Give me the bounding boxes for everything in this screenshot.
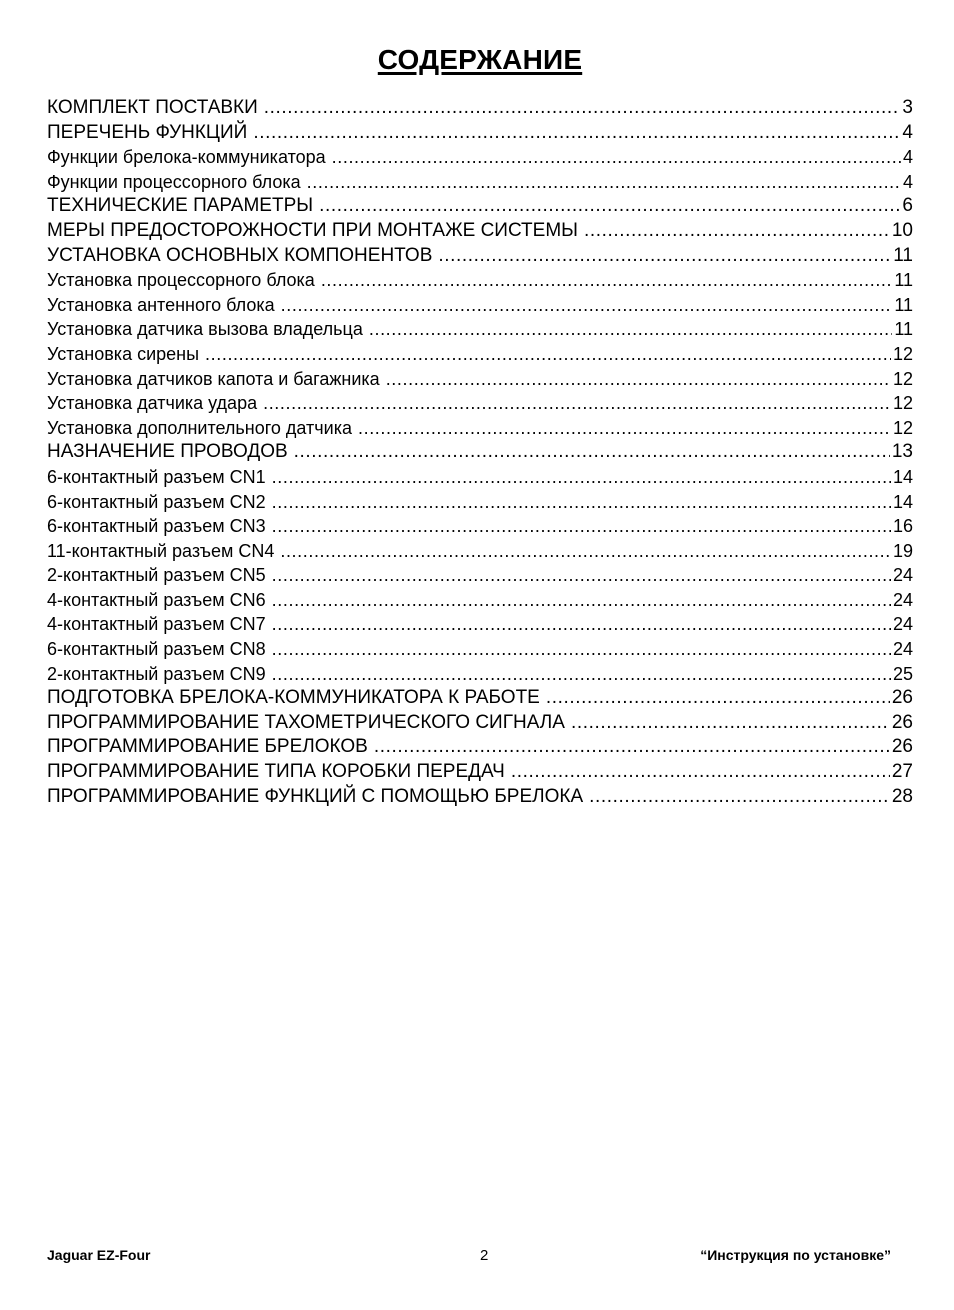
toc-dot-leader [264, 96, 901, 121]
toc-entry-label: НАЗНАЧЕНИЕ ПРОВОДОВ [47, 440, 294, 465]
toc-entry-label: ТЕХНИЧЕСКИЕ ПАРАМЕТРЫ [47, 194, 319, 219]
toc-dot-leader [358, 416, 891, 441]
toc-entry-label: ПРОГРАММИРОВАНИЕ БРЕЛОКОВ [47, 735, 374, 760]
toc-entry[interactable]: ПОДГОТОВКА БРЕЛОКА-КОММУНИКАТОРА К РАБОТ… [47, 686, 913, 711]
toc-entry-label: Установка датчика удара [47, 391, 263, 416]
toc-entry-page: 13 [890, 440, 913, 465]
toc-entry-page: 11 [892, 268, 913, 293]
toc-dot-leader [272, 612, 891, 637]
toc-entry-label: 4-контактный разъем CN6 [47, 588, 272, 613]
toc-entry-label: ПОДГОТОВКА БРЕЛОКА-КОММУНИКАТОРА К РАБОТ… [47, 686, 546, 711]
toc-entry-label: Установка датчиков капота и багажника [47, 367, 386, 392]
toc-entry-label: 6-контактный разъем CN2 [47, 490, 272, 515]
toc-entry-label: 6-контактный разъем CN1 [47, 465, 272, 490]
toc-entry[interactable]: Функции процессорного блока4 [47, 170, 913, 195]
toc-entry-label: ПЕРЕЧЕНЬ ФУНКЦИЙ [47, 121, 253, 146]
footer-page-number: 2 [480, 1247, 488, 1264]
toc-entry[interactable]: 4-контактный разъем CN724 [47, 612, 913, 637]
toc-dot-leader [319, 194, 900, 219]
toc-dot-leader [272, 637, 891, 662]
toc-entry[interactable]: Установка датчика удара 12 [47, 391, 913, 416]
toc-dot-leader [205, 342, 891, 367]
toc-entry[interactable]: ПРОГРАММИРОВАНИЕ ТИПА КОРОБКИ ПЕРЕДАЧ27 [47, 760, 913, 785]
toc-entry-page: 4 [901, 145, 913, 170]
toc-entry-page: 27 [890, 760, 913, 785]
toc-entry-label: 4-контактный разъем CN7 [47, 612, 272, 637]
toc-entry-page: 24 [891, 637, 913, 662]
toc-entry-label: Функции брелока-коммуникатора [47, 145, 332, 170]
toc-entry-label: 2-контактный разъем CN9 [47, 662, 272, 687]
toc-entry-page: 24 [891, 563, 913, 588]
toc-dot-leader [369, 317, 892, 342]
toc-entry[interactable]: ПРОГРАММИРОВАНИЕ ТАХОМЕТРИЧЕСКОГО СИГНАЛ… [47, 711, 913, 736]
toc-entry-label: 2-контактный разъем CN5 [47, 563, 272, 588]
toc-dot-leader [280, 539, 891, 564]
toc-entry-page: 11 [892, 293, 913, 318]
toc-entry[interactable]: ПРОГРАММИРОВАНИЕ БРЕЛОКОВ 26 [47, 735, 913, 760]
toc-dot-leader [281, 293, 893, 318]
toc-dot-leader [386, 367, 891, 392]
toc-entry-page: 28 [890, 785, 913, 810]
toc-entry-page: 24 [891, 612, 913, 637]
toc-dot-leader [332, 145, 901, 170]
toc-entry-page: 12 [891, 391, 913, 416]
toc-entry[interactable]: ТЕХНИЧЕСКИЕ ПАРАМЕТРЫ6 [47, 194, 913, 219]
toc-entry[interactable]: 6-контактный разъем CN214 [47, 490, 913, 515]
toc-entry-label: 6-контактный разъем CN8 [47, 637, 272, 662]
toc-entry-page: 12 [891, 367, 913, 392]
toc-entry[interactable]: 11-контактный разъем CN419 [47, 539, 913, 564]
toc-dot-leader [263, 391, 891, 416]
toc-entry[interactable]: Установка дополнительного датчика 12 [47, 416, 913, 441]
toc-entry[interactable]: ПРОГРАММИРОВАНИЕ ФУНКЦИЙ С ПОМОЩЬЮ БРЕЛО… [47, 785, 913, 810]
toc-dot-leader [272, 662, 891, 687]
toc-entry-label: МЕРЫ ПРЕДОСТОРОЖНОСТИ ПРИ МОНТАЖЕ СИСТЕМ… [47, 219, 584, 244]
toc-entry[interactable]: Установка антенного блока11 [47, 293, 913, 318]
toc-entry-page: 11 [891, 244, 913, 269]
toc-dot-leader [294, 440, 890, 465]
toc-entry-page: 25 [891, 662, 913, 687]
toc-entry-label: КОМПЛЕКТ ПОСТАВКИ [47, 96, 264, 121]
toc-entry-label: Установка сирены [47, 342, 205, 367]
toc-entry-page: 14 [891, 465, 913, 490]
page-title: СОДЕРЖАНИЕ [0, 44, 954, 76]
toc-entry[interactable]: КОМПЛЕКТ ПОСТАВКИ 3 [47, 96, 913, 121]
toc-entry[interactable]: Функции брелока-коммуникатора4 [47, 145, 913, 170]
toc-entry-page: 3 [900, 96, 913, 121]
toc-entry-label: УСТАНОВКА ОСНОВНЫХ КОМПОНЕНТОВ [47, 244, 438, 269]
toc-entry[interactable]: 2-контактный разъем CN524 [47, 563, 913, 588]
toc-dot-leader [511, 760, 890, 785]
toc-dot-leader [272, 563, 891, 588]
toc-entry[interactable]: НАЗНАЧЕНИЕ ПРОВОДОВ 13 [47, 440, 913, 465]
toc-entry-page: 11 [892, 317, 913, 342]
toc-entry-page: 6 [900, 194, 913, 219]
toc-dot-leader [307, 170, 901, 195]
toc-entry-page: 24 [891, 588, 913, 613]
toc-entry[interactable]: 6-контактный разъем CN114 [47, 465, 913, 490]
toc-dot-leader [374, 735, 890, 760]
toc-entry[interactable]: Установка сирены 12 [47, 342, 913, 367]
toc-entry-page: 12 [891, 416, 913, 441]
footer-document-title: “Инструкция по установке” [700, 1247, 891, 1263]
toc-entry-label: ПРОГРАММИРОВАНИЕ ФУНКЦИЙ С ПОМОЩЬЮ БРЕЛО… [47, 785, 589, 810]
toc-entry-page: 12 [891, 342, 913, 367]
toc-dot-leader [438, 244, 891, 269]
toc-dot-leader [272, 465, 891, 490]
toc-dot-leader [272, 588, 891, 613]
toc-entry[interactable]: УСТАНОВКА ОСНОВНЫХ КОМПОНЕНТОВ 11 [47, 244, 913, 269]
toc-dot-leader [589, 785, 890, 810]
toc-entry-label: Установка процессорного блока [47, 268, 321, 293]
toc-entry[interactable]: 6-контактный разъем CN824 [47, 637, 913, 662]
toc-entry-label: Установка антенного блока [47, 293, 281, 318]
toc-dot-leader [272, 514, 891, 539]
toc-entry[interactable]: ПЕРЕЧЕНЬ ФУНКЦИЙ 4 [47, 121, 913, 146]
toc-entry-page: 4 [901, 170, 913, 195]
toc-dot-leader [546, 686, 890, 711]
toc-entry-label: 6-контактный разъем CN3 [47, 514, 272, 539]
toc-dot-leader [253, 121, 900, 146]
toc-entry[interactable]: 4-контактный разъем CN624 [47, 588, 913, 613]
toc-entry-page: 26 [890, 735, 913, 760]
footer-product-name: Jaguar EZ-Four [47, 1247, 150, 1263]
toc-entry-label: Функции процессорного блока [47, 170, 307, 195]
toc-entry-label: Установка датчика вызова владельца [47, 317, 369, 342]
toc-entry[interactable]: 6-контактный разъем CN316 [47, 514, 913, 539]
toc-entry-page: 10 [890, 219, 913, 244]
toc-entry-label: ПРОГРАММИРОВАНИЕ ТИПА КОРОБКИ ПЕРЕДАЧ [47, 760, 511, 785]
toc-dot-leader [272, 490, 891, 515]
toc-entry[interactable]: Установка датчиков капота и багажника12 [47, 367, 913, 392]
toc-entry-page: 16 [891, 514, 913, 539]
toc-entry-page: 19 [891, 539, 913, 564]
toc-entry[interactable]: Установка процессорного блока11 [47, 268, 913, 293]
toc-entry-page: 26 [890, 711, 913, 736]
toc-dot-leader [571, 711, 890, 736]
toc-entry-label: 11-контактный разъем CN4 [47, 539, 280, 564]
toc-entry-page: 26 [890, 686, 913, 711]
toc-entry[interactable]: Установка датчика вызова владельца11 [47, 317, 913, 342]
toc-dot-leader [321, 268, 892, 293]
toc-dot-leader [584, 219, 890, 244]
toc-entry[interactable]: 2-контактный разъем CN925 [47, 662, 913, 687]
toc-entry-page: 14 [891, 490, 913, 515]
toc-entry[interactable]: МЕРЫ ПРЕДОСТОРОЖНОСТИ ПРИ МОНТАЖЕ СИСТЕМ… [47, 219, 913, 244]
table-of-contents: КОМПЛЕКТ ПОСТАВКИ 3ПЕРЕЧЕНЬ ФУНКЦИЙ 4Фун… [47, 96, 913, 809]
toc-entry-page: 4 [900, 121, 913, 146]
toc-entry-label: Установка дополнительного датчика [47, 416, 358, 441]
toc-entry-label: ПРОГРАММИРОВАНИЕ ТАХОМЕТРИЧЕСКОГО СИГНАЛ… [47, 711, 571, 736]
